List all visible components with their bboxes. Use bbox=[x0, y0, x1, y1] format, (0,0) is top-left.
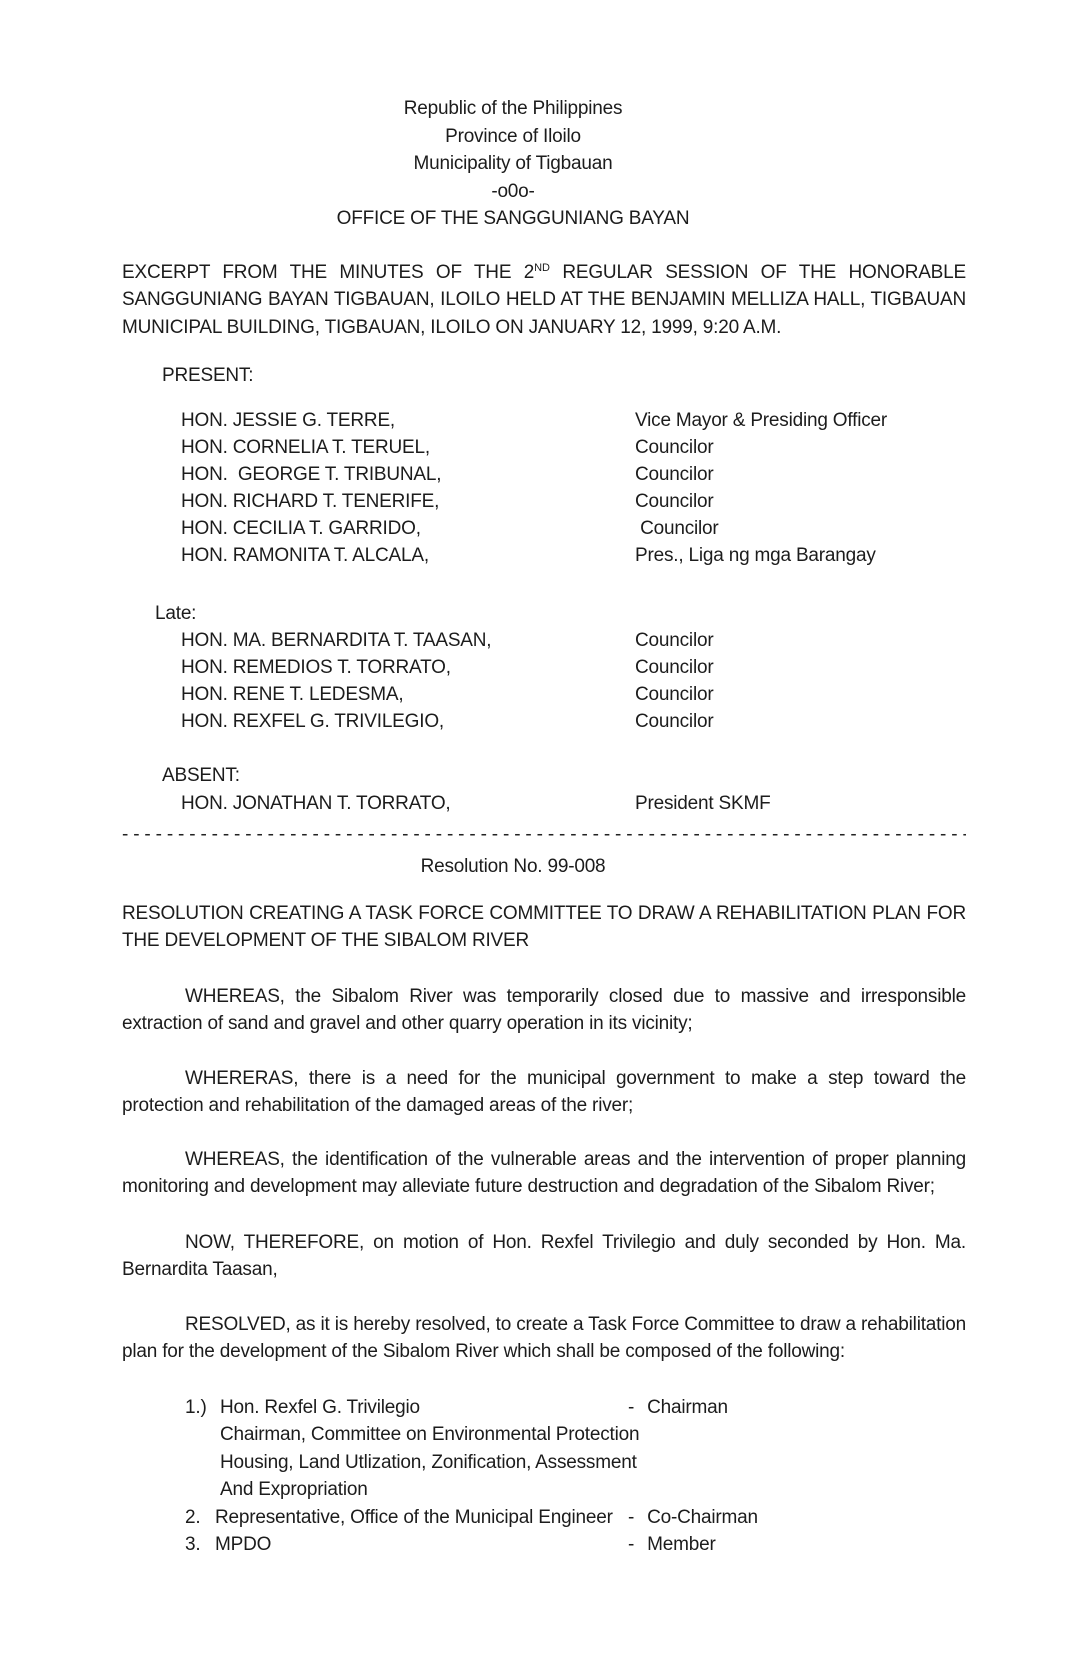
attendee-row: HON. CECILIA T. GARRIDO, Councilor bbox=[122, 515, 966, 542]
attendee-row: HON. MA. BERNARDITA T. TAASAN, Councilor bbox=[122, 627, 966, 654]
late-list: HON. MA. BERNARDITA T. TAASAN, Councilor… bbox=[122, 627, 966, 735]
committee-item-subline: And Expropriation bbox=[122, 1476, 966, 1504]
attendee-title: President SKMF bbox=[635, 790, 966, 817]
attendee-name: HON. JONATHAN T. TORRATO, bbox=[122, 790, 635, 817]
whereas-paragraph-2: WHERERAS, there is a need for the munici… bbox=[122, 1065, 966, 1120]
attendee-row: HON. GEORGE T. TRIBUNAL, Councilor bbox=[122, 461, 966, 488]
role-label: Member bbox=[647, 1531, 715, 1559]
attendee-name: HON. CECILIA T. GARRIDO, bbox=[122, 515, 635, 542]
committee-item-number: 2. bbox=[185, 1504, 215, 1532]
resolution-number: Resolution No. 99-008 bbox=[122, 853, 966, 881]
attendee-title: Vice Mayor & Presiding Officer bbox=[635, 407, 966, 434]
role-gap bbox=[634, 1531, 647, 1559]
committee-item-role: -Co-Chairman bbox=[628, 1504, 758, 1532]
committee-item-name: Hon. Rexfel G. Trivilegio bbox=[220, 1394, 420, 1422]
committee-item-name: Representative, Office of the Municipal … bbox=[215, 1504, 613, 1532]
present-list: HON. JESSIE G. TERRE, Vice Mayor & Presi… bbox=[122, 407, 966, 569]
attendee-row: HON. REMEDIOS T. TORRATO, Councilor bbox=[122, 654, 966, 681]
role-label: Co-Chairman bbox=[647, 1504, 758, 1532]
attendee-title: Councilor bbox=[635, 434, 966, 461]
excerpt-text-start: EXCERPT FROM THE MINUTES OF THE 2 bbox=[122, 262, 534, 283]
attendee-name: HON. RICHARD T. TENERIFE, bbox=[122, 488, 635, 515]
attendee-name: HON. GEORGE T. TRIBUNAL, bbox=[122, 461, 635, 488]
attendee-row: HON. RENE T. LEDESMA, Councilor bbox=[122, 681, 966, 708]
resolved-paragraph: RESOLVED, as it is hereby resolved, to c… bbox=[122, 1311, 966, 1366]
committee-item-main: 2. Representative, Office of the Municip… bbox=[122, 1504, 966, 1532]
attendee-row: HON. JESSIE G. TERRE, Vice Mayor & Presi… bbox=[122, 407, 966, 434]
dashed-divider: - - - - - - - - - - - - - - - - - - - - … bbox=[122, 821, 966, 849]
attendee-title: Councilor bbox=[635, 681, 966, 708]
whereas-paragraph-1: WHEREAS, the Sibalom River was temporari… bbox=[122, 983, 966, 1038]
committee-item-role: -Member bbox=[628, 1531, 716, 1559]
committee-item: 2. Representative, Office of the Municip… bbox=[122, 1504, 966, 1532]
present-label: PRESENT: bbox=[122, 362, 966, 390]
attendee-title: Councilor bbox=[635, 488, 966, 515]
header-municipality: Municipality of Tigbauan bbox=[122, 150, 904, 178]
attendee-name: HON. RAMONITA T. ALCALA, bbox=[122, 542, 635, 569]
ordinal-superscript: ND bbox=[534, 262, 550, 274]
committee-item-name: MPDO bbox=[215, 1531, 271, 1559]
header-office: OFFICE OF THE SANGGUNIANG BAYAN bbox=[122, 205, 904, 233]
attendee-title: Councilor bbox=[635, 515, 966, 542]
attendee-title: Pres., Liga ng mga Barangay bbox=[635, 542, 966, 569]
committee-item-main: 1.) Hon. Rexfel G. Trivilegio bbox=[122, 1394, 966, 1422]
attendee-name: HON. MA. BERNARDITA T. TAASAN, bbox=[122, 627, 635, 654]
committee-item-subline: Chairman, Committee on Environmental Pro… bbox=[122, 1421, 966, 1449]
committee-item-number: 3. bbox=[185, 1531, 215, 1559]
attendee-row: HON. RAMONITA T. ALCALA, Pres., Liga ng … bbox=[122, 542, 966, 569]
attendee-title: Councilor bbox=[635, 654, 966, 681]
absent-list: HON. JONATHAN T. TORRATO, President SKMF bbox=[122, 790, 966, 817]
committee-item-number: 1.) bbox=[185, 1394, 220, 1422]
resolution-title: RESOLUTION CREATING A TASK FORCE COMMITT… bbox=[122, 900, 966, 955]
attendee-name: HON. JESSIE G. TERRE, bbox=[122, 407, 635, 434]
role-label: Chairman bbox=[647, 1394, 728, 1422]
whereas-paragraph-3: WHEREAS, the identification of the vulne… bbox=[122, 1146, 966, 1201]
attendee-title: Councilor bbox=[635, 627, 966, 654]
attendee-name: HON. RENE T. LEDESMA, bbox=[122, 681, 635, 708]
committee-item: 1.) Hon. Rexfel G. Trivilegio -Chairman … bbox=[122, 1394, 966, 1504]
attendee-row: HON. RICHARD T. TENERIFE, Councilor bbox=[122, 488, 966, 515]
committee-item-subline: Housing, Land Utlization, Zonification, … bbox=[122, 1449, 966, 1477]
attendee-name: HON. REMEDIOS T. TORRATO, bbox=[122, 654, 635, 681]
late-label: Late: bbox=[122, 600, 966, 628]
attendee-title: Councilor bbox=[635, 708, 966, 735]
header-province: Province of Iloilo bbox=[122, 123, 904, 151]
document-page: Republic of the Philippines Province of … bbox=[0, 0, 1088, 1664]
now-therefore-paragraph: NOW, THEREFORE, on motion of Hon. Rexfel… bbox=[122, 1229, 966, 1284]
excerpt-paragraph: EXCERPT FROM THE MINUTES OF THE 2ND REGU… bbox=[122, 259, 966, 342]
attendee-name: HON. REXFEL G. TRIVILEGIO, bbox=[122, 708, 635, 735]
header-o0o-separator: -o0o- bbox=[122, 178, 904, 206]
header-republic: Republic of the Philippines bbox=[122, 95, 904, 123]
role-gap bbox=[634, 1504, 647, 1532]
attendee-row: HON. CORNELIA T. TERUEL, Councilor bbox=[122, 434, 966, 461]
attendee-name: HON. CORNELIA T. TERUEL, bbox=[122, 434, 635, 461]
attendee-row: HON. REXFEL G. TRIVILEGIO, Councilor bbox=[122, 708, 966, 735]
committee-item-main: 3. MPDO bbox=[122, 1531, 966, 1559]
role-gap bbox=[634, 1394, 647, 1422]
committee-list: 1.) Hon. Rexfel G. Trivilegio -Chairman … bbox=[122, 1394, 966, 1559]
attendee-title: Councilor bbox=[635, 461, 966, 488]
committee-item: 3. MPDO -Member bbox=[122, 1531, 966, 1559]
absent-label: ABSENT: bbox=[122, 762, 966, 790]
committee-item-role: -Chairman bbox=[628, 1394, 728, 1422]
attendee-row: HON. JONATHAN T. TORRATO, President SKMF bbox=[122, 790, 966, 817]
document-header: Republic of the Philippines Province of … bbox=[122, 95, 966, 233]
